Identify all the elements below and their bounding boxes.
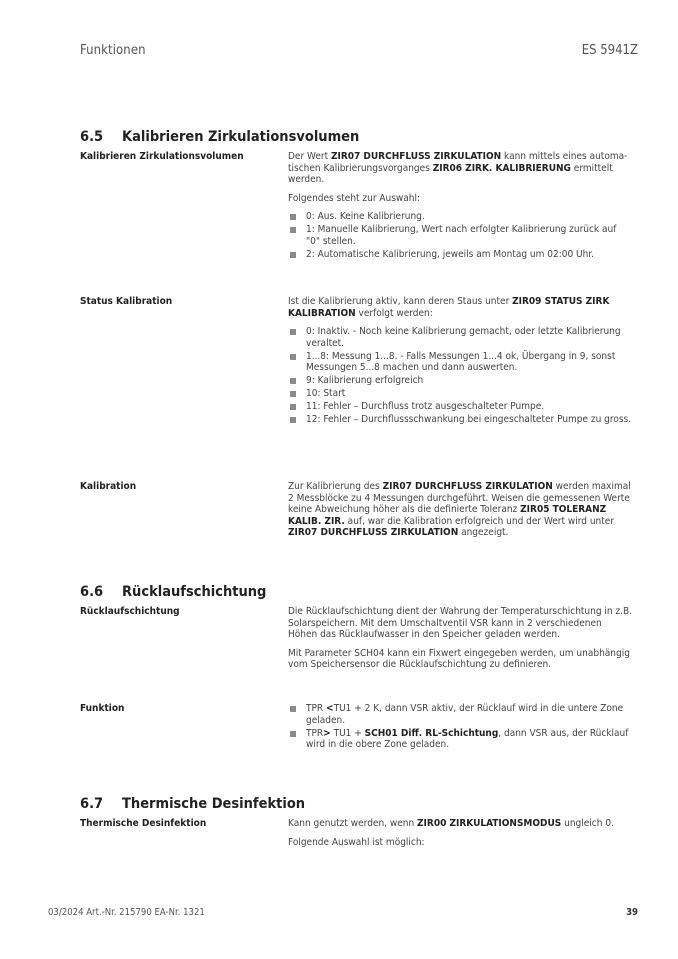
section-6-5: 6.5 Kalibrieren Zirkulationsvolumen Kali… (80, 127, 635, 262)
page-number: 39 (626, 907, 638, 918)
list-item: TPR <TU1 + 2 K, dann VSR aktiv, der Rück… (288, 703, 633, 726)
list-item: TPR> TU1 + SCH01 Diff. RL-Schichtung, da… (288, 728, 633, 751)
row-label: Kalibrieren Zirkulationsvolumen (80, 151, 288, 262)
list-item: 2: Automatische Kalibrierung, jeweils am… (288, 249, 633, 261)
section-6-7: 6.7 Thermische Desinfektion Thermische D… (80, 794, 635, 855)
row-body: Zur Kalibrierung des ZIR07 DURCHFLUSS ZI… (288, 481, 633, 546)
section-title: Kalibrieren Zirkulationsvolumen (122, 127, 359, 147)
row-kalibrieren: Kalibrieren Zirkulationsvolumen Der Wert… (80, 151, 635, 262)
section-title: Thermische Desinfektion (122, 794, 305, 814)
row-kalibration-block: Kalibration Zur Kalibrierung des ZIR07 D… (80, 481, 635, 546)
row-funktion-block: Funktion TPR <TU1 + 2 K, dann VSR aktiv,… (80, 703, 635, 752)
list-item: 1: Manuelle Kalibrierung, Wert nach erfo… (288, 224, 633, 247)
function-list: TPR <TU1 + 2 K, dann VSR aktiv, der Rück… (288, 703, 633, 751)
row-label: Rücklaufschichtung (80, 606, 288, 678)
list-item: 1...8: Messung 1...8. - Falls Messungen … (288, 351, 633, 374)
paragraph: Zur Kalibrierung des ZIR07 DURCHFLUSS ZI… (288, 481, 633, 539)
row-funktion: Funktion TPR <TU1 + 2 K, dann VSR aktiv,… (80, 703, 635, 752)
section-number: 6.5 (80, 127, 122, 147)
footer-article-info: 03/2024 Art.-Nr. 215790 EA-Nr. 1321 (48, 907, 205, 918)
row-kalibration: Kalibration Zur Kalibrierung des ZIR07 D… (80, 481, 635, 546)
row-label: Thermische Desinfektion (80, 818, 288, 855)
row-thermische-desinfektion: Thermische Desinfektion Kann genutzt wer… (80, 818, 635, 855)
option-list: 0: Aus. Keine Kalibrierung. 1: Manuelle … (288, 211, 633, 260)
section-number: 6.7 (80, 794, 122, 814)
row-body: Kann genutzt werden, wenn ZIR00 ZIRKULAT… (288, 818, 633, 855)
list-item: 9: Kalibrierung erfolgreich (288, 375, 633, 387)
status-list: 0: Inaktiv. - Noch keine Kalibrierung ge… (288, 326, 633, 426)
row-label: Funktion (80, 703, 288, 752)
running-header-chapter: Funktionen (80, 43, 146, 58)
list-item: 12: Fehler – Durchflussschwankung bei ei… (288, 414, 633, 426)
list-item: 10: Start (288, 388, 633, 400)
row-status-kalibration-block: Status Kalibration Ist die Kalibrierung … (80, 296, 635, 427)
running-header-product: ES 5941Z (582, 43, 638, 58)
paragraph: Ist die Kalibrierung aktiv, kann deren S… (288, 296, 633, 319)
paragraph: Die Rücklaufschichtung dient der Wahrung… (288, 606, 633, 641)
section-title: Rücklaufschichtung (122, 582, 266, 602)
paragraph: Kann genutzt werden, wenn ZIR00 ZIRKULAT… (288, 818, 633, 830)
row-body: Der Wert ZIR07 DURCHFLUSS ZIRKULATION ka… (288, 151, 633, 262)
section-6-6: 6.6 Rücklaufschichtung Rücklaufschichtun… (80, 582, 635, 678)
section-heading: 6.5 Kalibrieren Zirkulationsvolumen (80, 127, 635, 147)
row-status-kalibration: Status Kalibration Ist die Kalibrierung … (80, 296, 635, 427)
list-item: 11: Fehler – Durchfluss trotz ausgeschal… (288, 401, 633, 413)
paragraph: Folgende Auswahl ist möglich: (288, 837, 633, 849)
row-body: Die Rücklaufschichtung dient der Wahrung… (288, 606, 633, 678)
list-item: 0: Aus. Keine Kalibrierung. (288, 211, 633, 223)
section-heading: 6.6 Rücklaufschichtung (80, 582, 635, 602)
row-ruecklaufschichtung: Rücklaufschichtung Die Rücklaufschichtun… (80, 606, 635, 678)
section-number: 6.6 (80, 582, 122, 602)
section-heading: 6.7 Thermische Desinfektion (80, 794, 635, 814)
list-item: 0: Inaktiv. - Noch keine Kalibrierung ge… (288, 326, 633, 349)
row-label: Status Kalibration (80, 296, 288, 427)
row-label: Kalibration (80, 481, 288, 546)
paragraph: Mit Parameter SCH04 kann ein Fixwert ein… (288, 648, 633, 671)
paragraph: Folgendes steht zur Auswahl: (288, 193, 633, 205)
row-body: TPR <TU1 + 2 K, dann VSR aktiv, der Rück… (288, 703, 633, 752)
row-body: Ist die Kalibrierung aktiv, kann deren S… (288, 296, 633, 427)
paragraph: Der Wert ZIR07 DURCHFLUSS ZIRKULATION ka… (288, 151, 633, 186)
